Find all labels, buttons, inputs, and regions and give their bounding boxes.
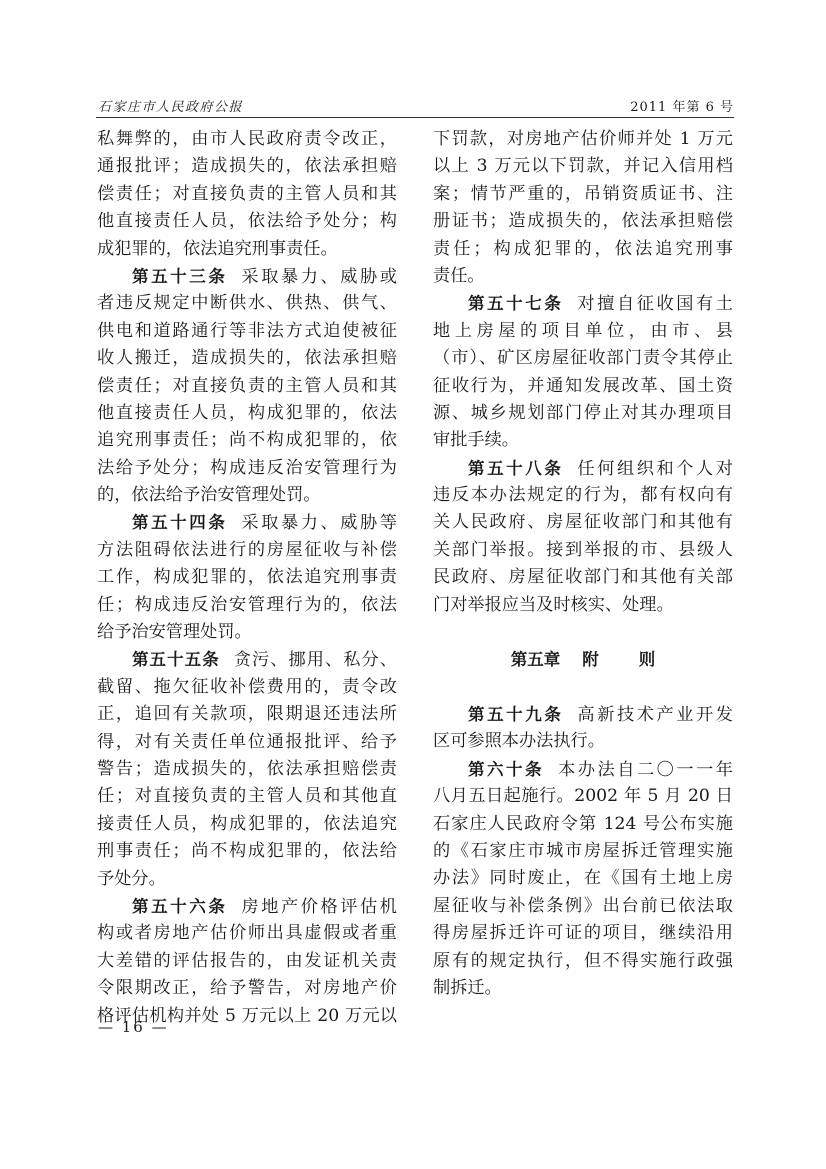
article-first-line: 第六十条本办法自二〇一一年 — [433, 756, 733, 783]
text-line: 偿责任；对直接负责的主管人员和其 — [97, 181, 397, 208]
line-text: 刑事责任；尚不构成犯罪的，依法给 — [97, 841, 397, 861]
line-text: 采取暴力、威胁或 — [241, 267, 397, 287]
text-line: 工作，构成犯罪的，依法追究刑事责 — [97, 564, 397, 591]
text-line: 大差错的评估报告的，由发证机关责 — [97, 948, 397, 975]
page-number: — 16 — — [98, 1018, 169, 1036]
text-line: 任；构成违反治安管理行为的，依法 — [97, 592, 397, 619]
line-text: 审批手续。 — [433, 430, 519, 450]
right-column-before-chapter: 下罚款，对房地产估价师并处 1 万元以上 3 万元以下罚款，并记入信用档案；情节… — [433, 126, 733, 619]
line-text: 原有的规定执行，但不得实施行政强 — [433, 951, 733, 971]
right-column-after-chapter: 第五十九条高新技术产业开发区可参照本办法执行。第六十条本办法自二〇一一年八月五日… — [433, 701, 733, 1002]
text-line: 关部门举报。接到举报的市、县级人 — [433, 537, 733, 564]
text-line: 的《石家庄市城市房屋拆迁管理实施 — [433, 838, 733, 865]
line-text: 他直接责任人员，构成犯罪的，依法 — [97, 403, 397, 423]
text-line: 下罚款，对房地产估价师并处 1 万元 — [433, 126, 733, 153]
line-text: 关人民政府、房屋征收部门和其他有 — [433, 512, 733, 532]
line-text: 的，依法给予治安管理处罚。 — [97, 485, 320, 505]
text-line: 予处分。 — [97, 866, 397, 893]
text-line: 他直接责任人员，构成犯罪的，依法 — [97, 400, 397, 427]
text-line: 偿责任；对直接负责的主管人员和其 — [97, 373, 397, 400]
line-text: （市）、矿区房屋征收部门责令其停止 — [433, 348, 733, 368]
text-line: 接责任人员，构成犯罪的，依法追究 — [97, 811, 397, 838]
line-text: 大差错的评估报告的，由发证机关责 — [97, 951, 397, 971]
line-text: 下罚款，对房地产估价师并处 1 万元 — [433, 129, 733, 149]
text-line: 构或者房地产估价师出具虚假或者重 — [97, 920, 397, 947]
text-line: 正，追回有关款项，限期退还违法所 — [97, 701, 397, 728]
line-text: 屋征收与补偿条例》出台前已依法取 — [433, 896, 733, 916]
article-first-line: 第五十六条房地产价格评估机 — [97, 893, 397, 920]
line-text: 任何组织和个人对 — [577, 459, 733, 479]
article-number: 第六十条 — [468, 760, 544, 779]
line-text: 偿责任；对直接负责的主管人员和其 — [97, 184, 397, 204]
line-text: 工作，构成犯罪的，依法追究刑事责 — [97, 567, 397, 587]
chapter-title-part-1: 附 — [582, 650, 599, 669]
line-text: 房地产价格评估机 — [241, 897, 397, 917]
article-first-line: 第五十五条贪污、挪用、私分、 — [97, 646, 397, 673]
text-line: 他直接责任人员，依法给予处分；构 — [97, 208, 397, 235]
text-line: 得房屋拆迁许可证的项目，继续沿用 — [433, 920, 733, 947]
line-text: 得，对有关责任单位通报批评、给予 — [97, 732, 397, 752]
text-line: 屋征收与补偿条例》出台前已依法取 — [433, 893, 733, 920]
article-number: 第五十四条 — [132, 513, 227, 532]
text-line: 得，对有关责任单位通报批评、给予 — [97, 729, 397, 756]
article-number: 第五十九条 — [468, 705, 563, 724]
line-text: 者违反规定中断供水、供热、供气、 — [97, 293, 397, 313]
text-line: 责任；构成犯罪的，依法追究刑事 — [433, 236, 733, 263]
chapter-title-part-2: 则 — [639, 650, 656, 669]
text-line: 追究刑事责任；尚不构成犯罪的，依 — [97, 427, 397, 454]
line-text: 责任；构成犯罪的，依法追究刑事 — [433, 239, 733, 259]
chapter-number: 第五章 — [511, 650, 561, 669]
line-text: 八月五日起施行。2002 年 5 月 20 日 — [433, 786, 733, 806]
text-line: 源、城乡规划部门停止对其办理项目 — [433, 400, 733, 427]
line-text: 高新技术产业开发 — [577, 705, 733, 725]
line-text: 令限期改正，给予警告，对房地产价 — [97, 978, 397, 998]
line-text: 责任。 — [433, 266, 485, 286]
text-line: 民政府、房屋征收部门和其他有关部 — [433, 564, 733, 591]
issue-number: 2011 年第 6 号 — [630, 96, 734, 115]
line-text: 任；构成违反治安管理行为的，依法 — [97, 595, 397, 615]
publication-title: 石家庄市人民政府公报 — [98, 96, 243, 115]
line-text: 案；情节严重的，吊销资质证书、注 — [433, 184, 733, 204]
text-line: 石家庄人民政府令第 124 号公布实施 — [433, 811, 733, 838]
text-line: 关人民政府、房屋征收部门和其他有 — [433, 509, 733, 536]
line-text: 违反本办法规定的行为，都有权向有 — [433, 485, 733, 505]
line-text: 关部门举报。接到举报的市、县级人 — [433, 540, 733, 560]
line-text: 方法阻碍依法进行的房屋征收与补偿 — [97, 540, 397, 560]
text-line: 原有的规定执行，但不得实施行政强 — [433, 948, 733, 975]
line-text: 得房屋拆迁许可证的项目，继续沿用 — [433, 923, 733, 943]
article-number: 第五十七条 — [468, 294, 563, 313]
text-line: 法给予处分；构成违反治安管理行为 — [97, 455, 397, 482]
line-text: 的《石家庄市城市房屋拆迁管理实施 — [433, 841, 733, 861]
right-column: 下罚款，对房地产估价师并处 1 万元以上 3 万元以下罚款，并记入信用档案；情节… — [433, 126, 733, 1002]
article-number: 第五十六条 — [132, 897, 227, 916]
text-line: 八月五日起施行。2002 年 5 月 20 日 — [433, 783, 733, 810]
text-line: 任；对直接负责的主管人员和其他直 — [97, 783, 397, 810]
left-column: 私舞弊的，由市人民政府责令改正，通报批评；造成损失的，依法承担赔偿责任；对直接负… — [97, 126, 397, 1030]
line-text: 册证书；造成损失的，依法承担赔偿 — [433, 211, 733, 231]
chapter-heading: 第五章附则 — [433, 619, 733, 701]
line-text: 通报批评；造成损失的，依法承担赔 — [97, 156, 397, 176]
text-line: 责任。 — [433, 263, 733, 290]
text-line: 私舞弊的，由市人民政府责令改正， — [97, 126, 397, 153]
text-line: 办法》同时废止，在《国有土地上房 — [433, 865, 733, 892]
text-line: 令限期改正，给予警告，对房地产价 — [97, 975, 397, 1002]
text-line: 截留、拖欠征收补偿费用的，责令改 — [97, 674, 397, 701]
running-header: 石家庄市人民政府公报 2011 年第 6 号 — [96, 96, 734, 116]
text-line: 征收行为，并通知发展改革、国土资 — [433, 373, 733, 400]
text-line: 通报批评；造成损失的，依法承担赔 — [97, 153, 397, 180]
line-text: 采取暴力、威胁等 — [241, 513, 397, 533]
text-line: 的，依法给予治安管理处罚。 — [97, 482, 397, 509]
line-text: 偿责任；对直接负责的主管人员和其 — [97, 376, 397, 396]
text-line: 门对举报应当及时核实、处理。 — [433, 592, 733, 619]
text-line: 审批手续。 — [433, 427, 733, 454]
line-text: 源、城乡规划部门停止对其办理项目 — [433, 403, 733, 423]
article-first-line: 第五十九条高新技术产业开发 — [433, 701, 733, 728]
line-text: 他直接责任人员，依法给予处分；构 — [97, 211, 397, 231]
line-text: 以上 3 万元以下罚款，并记入信用档 — [433, 156, 733, 176]
article-number: 第五十五条 — [132, 650, 220, 669]
line-text: 办法》同时废止，在《国有土地上房 — [433, 868, 733, 888]
text-line: 者违反规定中断供水、供热、供气、 — [97, 290, 397, 317]
line-text: 构或者房地产估价师出具虚假或者重 — [97, 923, 397, 943]
line-text: 给予治安管理处罚。 — [97, 622, 252, 642]
line-text: 接责任人员，构成犯罪的，依法追究 — [97, 814, 397, 834]
text-line: 区可参照本办法执行。 — [433, 728, 733, 755]
line-text: 截留、拖欠征收补偿费用的，责令改 — [97, 677, 397, 697]
text-line: 警告；造成损失的，依法承担赔偿责 — [97, 756, 397, 783]
line-text: 供电和道路通行等非法方式迫使被征 — [97, 321, 397, 341]
text-line: 违反本办法规定的行为，都有权向有 — [433, 482, 733, 509]
text-line: 成犯罪的，依法追究刑事责任。 — [97, 236, 397, 263]
text-line: 制拆迁。 — [433, 975, 733, 1002]
text-line: 方法阻碍依法进行的房屋征收与补偿 — [97, 537, 397, 564]
article-first-line: 第五十四条采取暴力、威胁等 — [97, 509, 397, 536]
line-text: 法给予处分；构成违反治安管理行为 — [97, 458, 397, 478]
text-line: 地上房屋的项目单位，由市、县 — [433, 318, 733, 345]
line-text: 石家庄人民政府令第 124 号公布实施 — [433, 814, 733, 834]
article-number: 第五十八条 — [468, 459, 563, 478]
line-text: 对擅自征收国有土 — [577, 294, 733, 314]
line-text: 成犯罪的，依法追究刑事责任。 — [97, 239, 338, 259]
line-text: 征收行为，并通知发展改革、国土资 — [433, 376, 733, 396]
text-line: 给予治安管理处罚。 — [97, 619, 397, 646]
line-text: 门对举报应当及时核实、处理。 — [433, 595, 674, 615]
line-text: 地上房屋的项目单位，由市、县 — [433, 321, 733, 341]
line-text: 制拆迁。 — [433, 978, 502, 998]
line-text: 民政府、房屋征收部门和其他有关部 — [433, 567, 733, 587]
article-number: 第五十三条 — [132, 267, 227, 286]
text-line: （市）、矿区房屋征收部门责令其停止 — [433, 345, 733, 372]
header-rule — [96, 117, 734, 118]
line-text: 本办法自二〇一一年 — [558, 760, 733, 780]
line-text: 追究刑事责任；尚不构成犯罪的，依 — [97, 430, 397, 450]
line-text: 予处分。 — [97, 869, 166, 889]
text-line: 册证书；造成损失的，依法承担赔偿 — [433, 208, 733, 235]
text-line: 以上 3 万元以下罚款，并记入信用档 — [433, 153, 733, 180]
line-text: 贪污、挪用、私分、 — [234, 650, 397, 670]
article-first-line: 第五十八条任何组织和个人对 — [433, 455, 733, 482]
text-line: 收人搬迁，造成损失的，依法承担赔 — [97, 345, 397, 372]
text-line: 案；情节严重的，吊销资质证书、注 — [433, 181, 733, 208]
line-text: 任；对直接负责的主管人员和其他直 — [97, 786, 397, 806]
line-text: 收人搬迁，造成损失的，依法承担赔 — [97, 348, 397, 368]
text-line: 供电和道路通行等非法方式迫使被征 — [97, 318, 397, 345]
line-text: 私舞弊的，由市人民政府责令改正， — [97, 129, 397, 149]
line-text: 区可参照本办法执行。 — [433, 731, 605, 751]
article-first-line: 第五十七条对擅自征收国有土 — [433, 290, 733, 317]
line-text: 警告；造成损失的，依法承担赔偿责 — [97, 759, 397, 779]
text-line: 刑事责任；尚不构成犯罪的，依法给 — [97, 838, 397, 865]
article-first-line: 第五十三条采取暴力、威胁或 — [97, 263, 397, 290]
line-text: 正，追回有关款项，限期退还违法所 — [97, 704, 397, 724]
